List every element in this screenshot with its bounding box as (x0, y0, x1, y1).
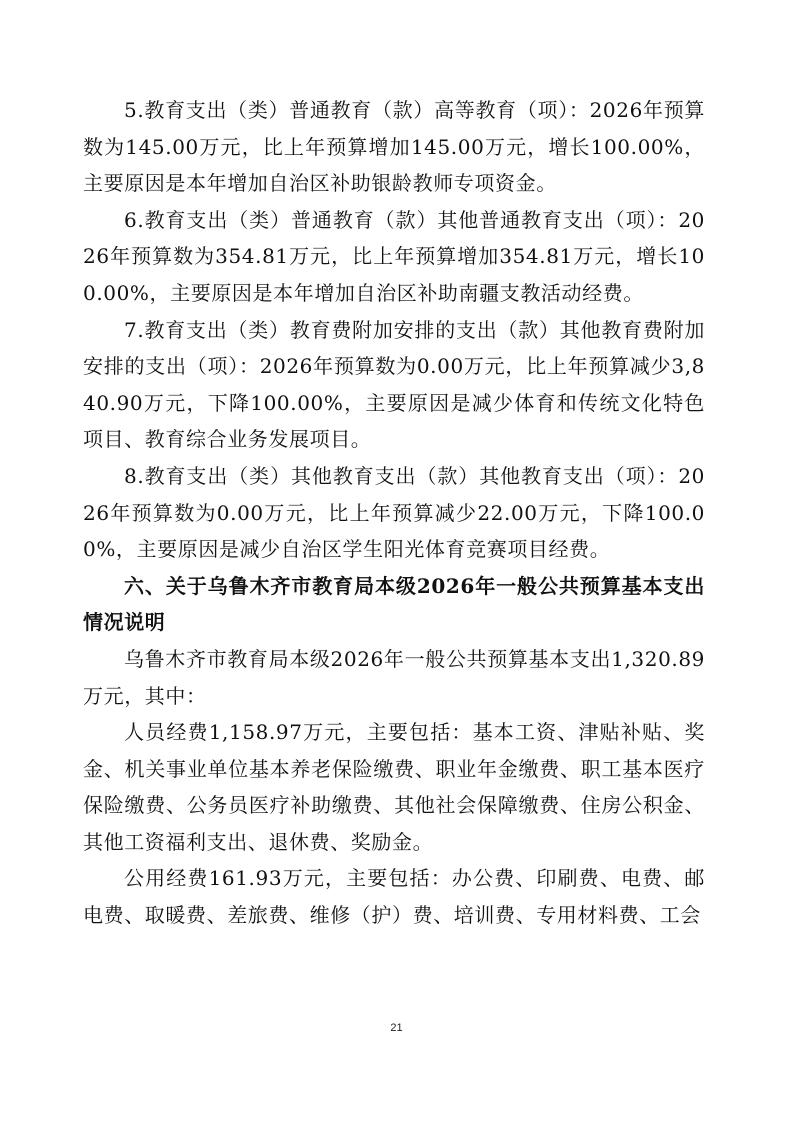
paragraph-personnel-expenses: 人员经费1,158.97万元，主要包括：基本工资、津贴补贴、奖金、机关事业单位基… (83, 714, 705, 860)
paragraph-item-6-other-general-education: 6.教育支出（类）普通教育（款）其他普通教育支出（项）：2026年预算数为354… (83, 202, 705, 312)
paragraph-public-expenses: 公用经费161.93万元，主要包括：办公费、印刷费、电费、邮电费、取暖费、差旅费… (83, 860, 705, 933)
paragraph-item-7-education-surcharge: 7.教育支出（类）教育费附加安排的支出（款）其他教育费附加安排的支出（项）：20… (83, 312, 705, 458)
paragraph-item-5-higher-education: 5.教育支出（类）普通教育（款）高等教育（项）：2026年预算数为145.00万… (83, 92, 705, 202)
section-heading-basic-expenditure: 六、关于乌鲁木齐市教育局本级2026年一般公共预算基本支出情况说明 (83, 568, 705, 641)
document-page: 5.教育支出（类）普通教育（款）高等教育（项）：2026年预算数为145.00万… (83, 92, 705, 934)
paragraph-basic-expenditure-total: 乌鲁木齐市教育局本级2026年一般公共预算基本支出1,320.89万元，其中： (83, 641, 705, 714)
paragraph-item-8-other-education: 8.教育支出（类）其他教育支出（款）其他教育支出（项）：2026年预算数为0.0… (83, 458, 705, 568)
page-number: 21 (0, 1022, 793, 1034)
